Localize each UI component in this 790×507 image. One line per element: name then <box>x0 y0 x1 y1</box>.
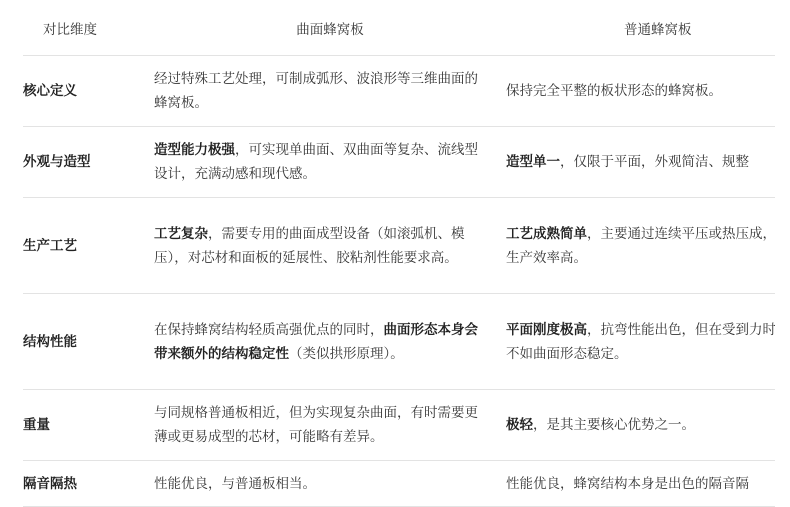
cell-text: ，是其主要核心优势之一。 <box>533 417 695 433</box>
flat-cell: 工艺成熟简单，主要通过连续平压或热压成，生产效率高。 <box>506 198 775 294</box>
flat-cell: 性能优良，蜂窝结构本身是出色的隔音隔 <box>506 461 775 507</box>
header-dimension: 对比维度 <box>23 0 154 56</box>
row-dimension: 重量 <box>23 390 154 461</box>
cell-emphasis: 极轻 <box>506 417 533 433</box>
cell-text: 经过特殊工艺处理，可制成弧形、波浪形等三维曲面的蜂窝板。 <box>154 71 478 111</box>
curved-cell: 经过特殊工艺处理，可制成弧形、波浪形等三维曲面的蜂窝板。 <box>154 56 506 127</box>
comparison-table-container: 对比维度 曲面蜂窝板 普通蜂窝板 核心定义 经过特殊工艺处理，可制成弧形、波浪形… <box>23 0 775 507</box>
flat-cell: 保持完全平整的板状形态的蜂窝板。 <box>506 56 775 127</box>
curved-cell: 与同规格普通板相近，但为实现复杂曲面，有时需要更薄或更易成型的芯材，可能略有差异… <box>154 390 506 461</box>
curved-cell: 造型能力极强，可实现单曲面、双曲面等复杂、流线型设计，充满动感和现代感。 <box>154 127 506 198</box>
row-dimension: 核心定义 <box>23 56 154 127</box>
cell-text: （类似拱形原理）。 <box>289 346 404 362</box>
cell-text: 性能优良，与普通板相当。 <box>154 476 316 492</box>
cell-text: ，仅限于平面，外观简洁、规整 <box>560 154 749 170</box>
curved-cell: 工艺复杂，需要专用的曲面成型设备（如滚弧机、模压），对芯材和面板的延展性、胶粘剂… <box>154 198 506 294</box>
table-row: 生产工艺 工艺复杂，需要专用的曲面成型设备（如滚弧机、模压），对芯材和面板的延展… <box>23 198 775 294</box>
cell-text: 保持完全平整的板状形态的蜂窝板。 <box>506 83 722 99</box>
header-flat-panel: 普通蜂窝板 <box>506 0 775 56</box>
flat-cell: 造型单一，仅限于平面，外观简洁、规整 <box>506 127 775 198</box>
cell-text: 性能优良，蜂窝结构本身是出色的隔音隔 <box>506 476 749 492</box>
row-dimension: 外观与造型 <box>23 127 154 198</box>
cell-emphasis: 工艺复杂 <box>154 226 208 242</box>
flat-cell: 平面刚度极高，抗弯性能出色，但在受到力时不如曲面形态稳定。 <box>506 294 775 390</box>
table-header-row: 对比维度 曲面蜂窝板 普通蜂窝板 <box>23 0 775 56</box>
row-dimension: 隔音隔热 <box>23 461 154 507</box>
cell-text: 在保持蜂窝结构轻质高强优点的同时， <box>154 322 384 338</box>
curved-cell: 性能优良，与普通板相当。 <box>154 461 506 507</box>
cell-text: 与同规格普通板相近，但为实现复杂曲面，有时需要更薄或更易成型的芯材，可能略有差异… <box>154 405 478 445</box>
table-row: 隔音隔热 性能优良，与普通板相当。 性能优良，蜂窝结构本身是出色的隔音隔 <box>23 461 775 507</box>
cell-emphasis: 造型能力极强 <box>154 142 235 158</box>
row-dimension: 生产工艺 <box>23 198 154 294</box>
table-row: 结构性能 在保持蜂窝结构轻质高强优点的同时，曲面形态本身会带来额外的结构稳定性（… <box>23 294 775 390</box>
comparison-table: 对比维度 曲面蜂窝板 普通蜂窝板 核心定义 经过特殊工艺处理，可制成弧形、波浪形… <box>23 0 775 507</box>
row-dimension: 结构性能 <box>23 294 154 390</box>
flat-cell: 极轻，是其主要核心优势之一。 <box>506 390 775 461</box>
table-row: 外观与造型 造型能力极强，可实现单曲面、双曲面等复杂、流线型设计，充满动感和现代… <box>23 127 775 198</box>
cell-emphasis: 平面刚度极高 <box>506 322 587 338</box>
cell-emphasis: 工艺成熟简单 <box>506 226 587 242</box>
header-curved-panel: 曲面蜂窝板 <box>154 0 506 56</box>
table-row: 重量 与同规格普通板相近，但为实现复杂曲面，有时需要更薄或更易成型的芯材，可能略… <box>23 390 775 461</box>
cell-emphasis: 造型单一 <box>506 154 560 170</box>
curved-cell: 在保持蜂窝结构轻质高强优点的同时，曲面形态本身会带来额外的结构稳定性（类似拱形原… <box>154 294 506 390</box>
table-row: 核心定义 经过特殊工艺处理，可制成弧形、波浪形等三维曲面的蜂窝板。 保持完全平整… <box>23 56 775 127</box>
